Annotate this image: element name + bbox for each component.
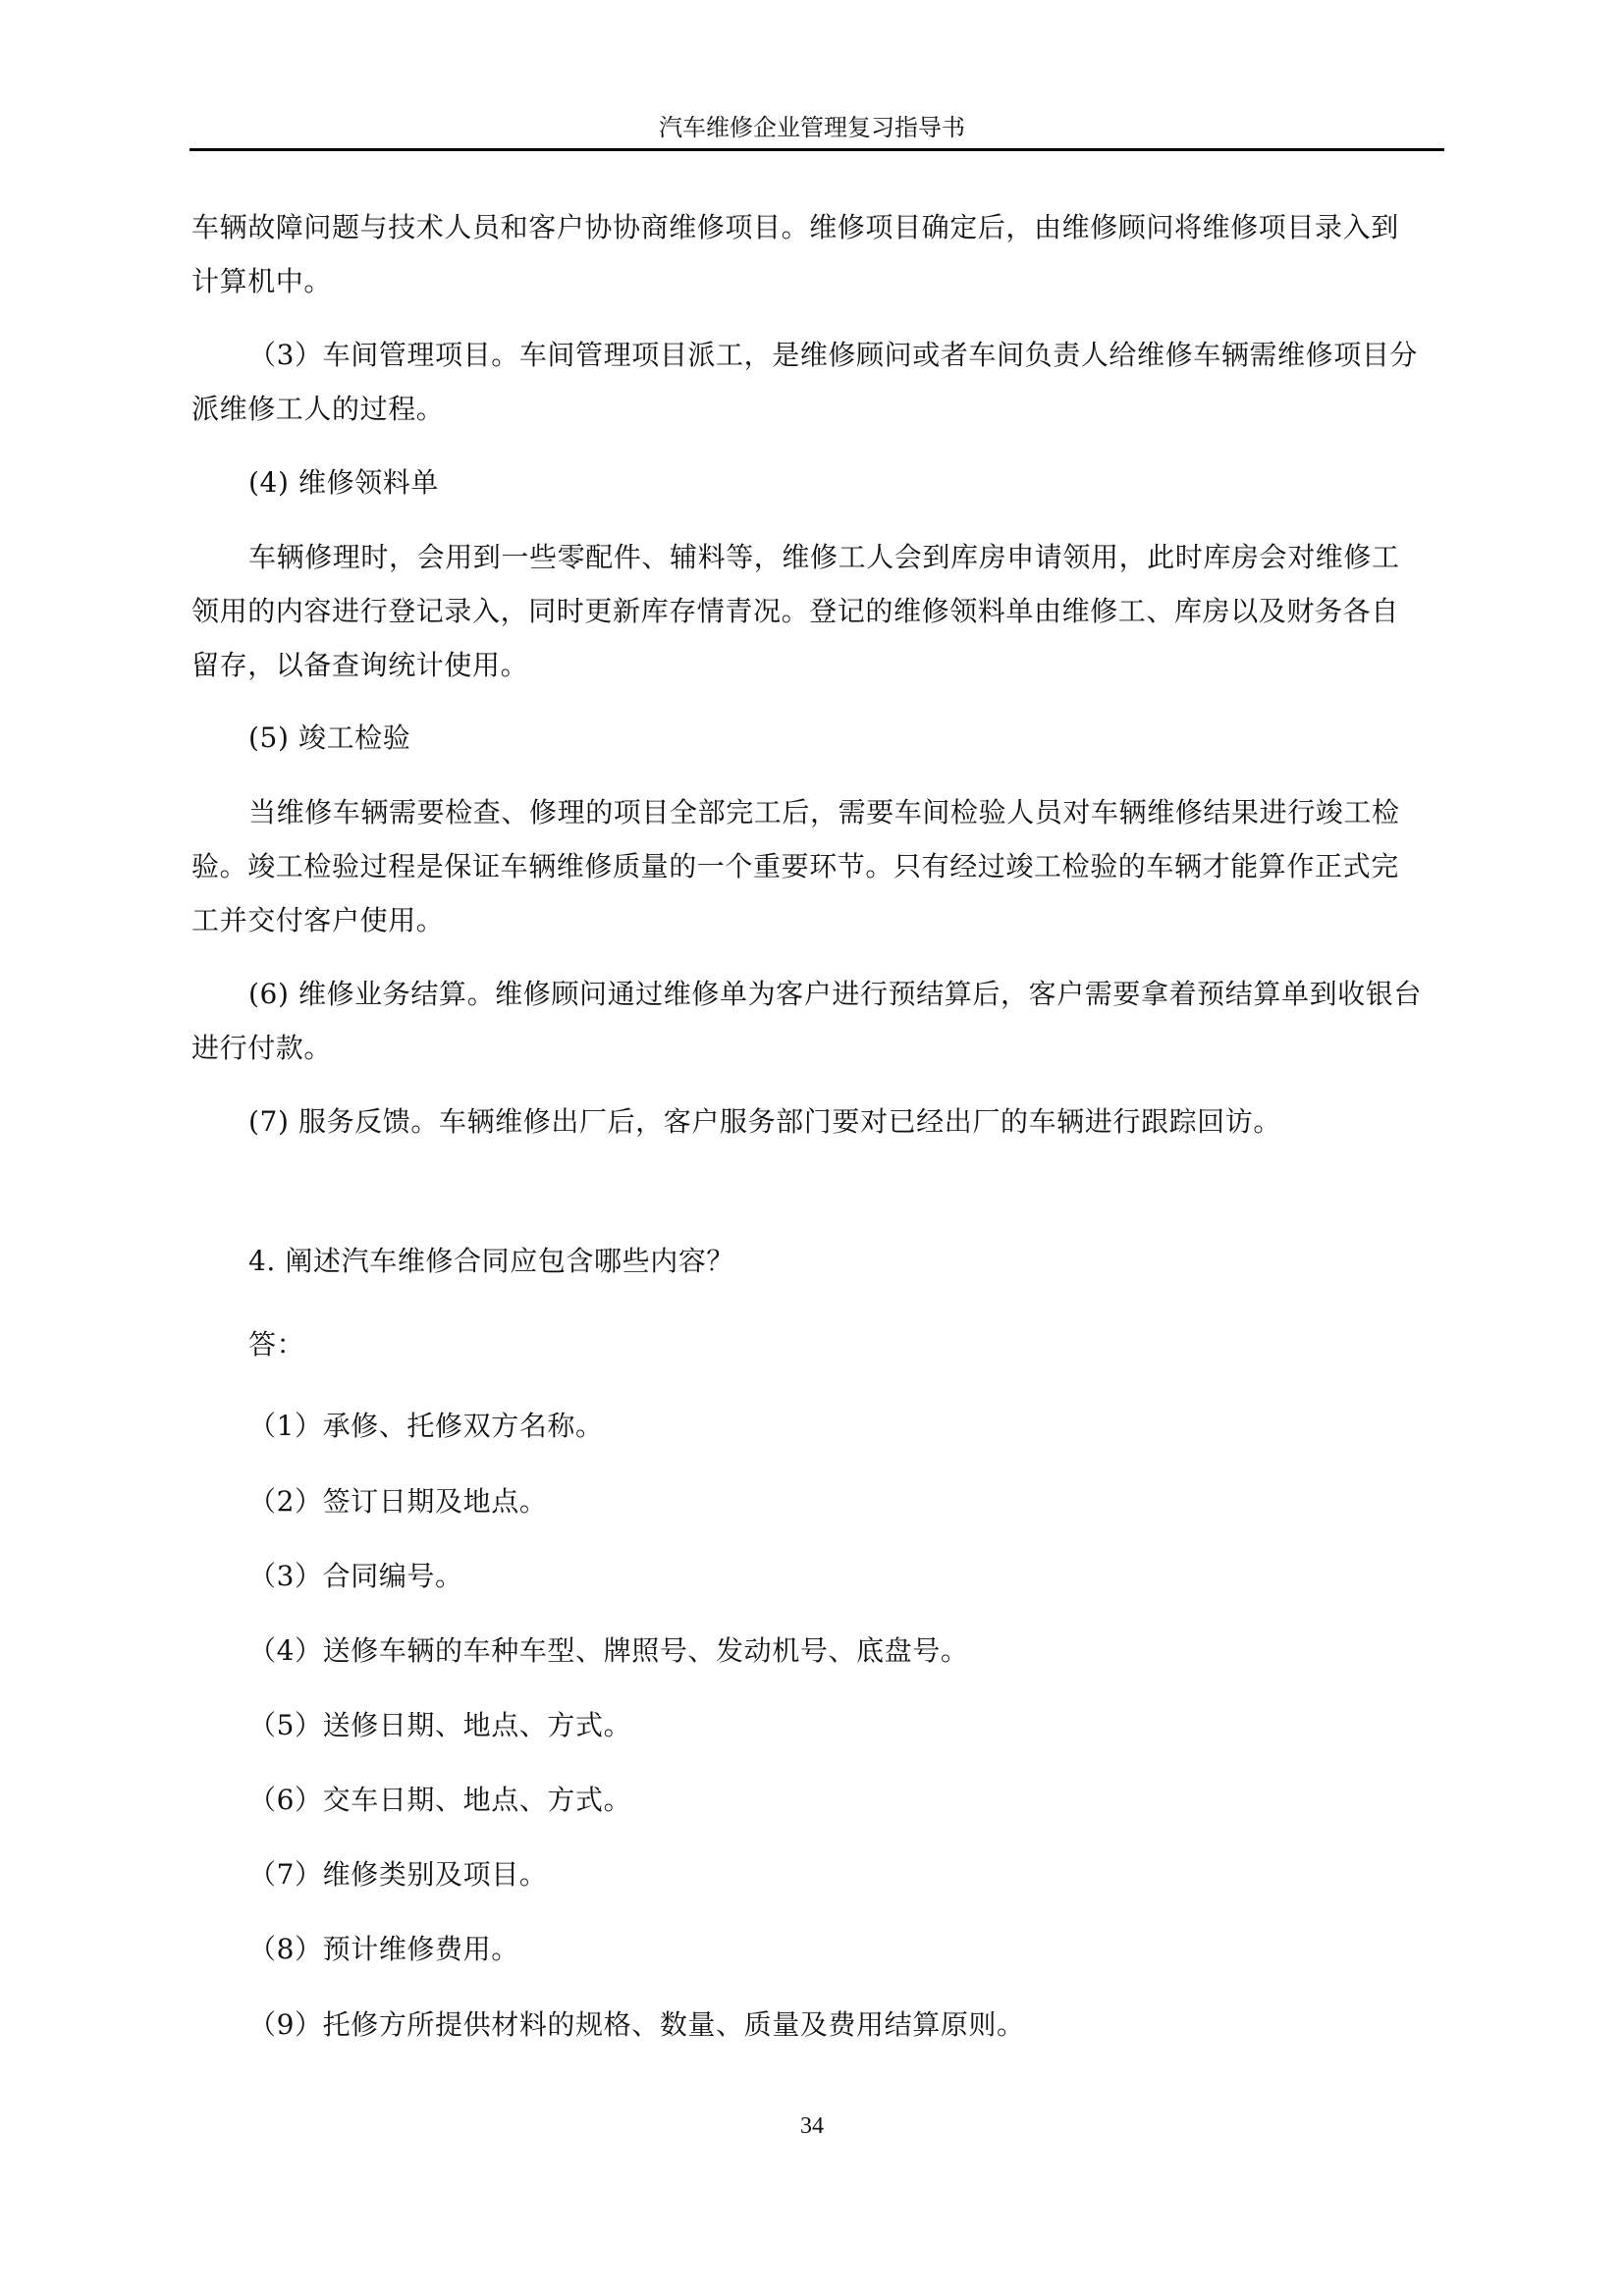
item-4-paragraph-line: 领用的内容进行登记录入，同时更新库存情青况。登记的维修领料单由维修工、库房以及财…	[191, 592, 1440, 631]
answer-item: （7）维修类别及项目。	[248, 1855, 1497, 1895]
item-4-heading: (4) 维修领料单	[248, 463, 1497, 503]
item-3-line: 派维修工人的过程。	[191, 390, 1440, 429]
item-6-line: 进行付款。	[191, 1029, 1440, 1068]
item-7-line: (7) 服务反馈。车辆维修出厂后，客户服务部门要对已经出厂的车辆进行跟踪回访。	[248, 1102, 1497, 1142]
header-title: 汽车维修企业管理复习指导书	[0, 112, 1624, 143]
item-5-paragraph-line: 当维修车辆需要检查、修理的项目全部完工后，需要车间检验人员对车辆维修结果进行竣工…	[248, 793, 1440, 832]
paragraph-line: 车辆故障问题与技术人员和客户协协商维修项目。维修项目确定后，由维修顾问将维修项目…	[191, 208, 1440, 247]
item-5-heading: (5) 竣工检验	[248, 719, 1497, 758]
header-divider	[189, 148, 1444, 151]
answer-item: （4）送修车辆的车种车型、牌照号、发动机号、底盘号。	[248, 1631, 1497, 1671]
answer-item: （6）交车日期、地点、方式。	[248, 1781, 1497, 1820]
answer-item: （9）托修方所提供材料的规格、数量、质量及费用结算原则。	[248, 2005, 1497, 2045]
answer-item: （1）承修、托修双方名称。	[248, 1407, 1497, 1446]
paragraph-line: 计算机中。	[191, 262, 1440, 301]
item-6-line: (6) 维修业务结算。维修顾问通过维修单为客户进行预结算后，客户需要拿着预结算单…	[248, 975, 1497, 1014]
item-4-paragraph-line: 车辆修理时，会用到一些零配件、辅料等，维修工人会到库房申请领用，此时库房会对维修…	[248, 538, 1440, 577]
answer-item: （2）签订日期及地点。	[248, 1482, 1497, 1522]
item-3-line: （3）车间管理项目。车间管理项目派工，是维修顾问或者车间负责人给维修车辆需维修项…	[248, 336, 1440, 375]
answer-label: 答：	[248, 1325, 1497, 1364]
item-5-paragraph-line: 验。竣工检验过程是保证车辆维修质量的一个重要环节。只有经过竣工检验的车辆才能算作…	[191, 847, 1440, 886]
item-5-paragraph-line: 工并交付客户使用。	[191, 901, 1440, 940]
answer-item: （3）合同编号。	[248, 1557, 1497, 1596]
answer-item: （5）送修日期、地点、方式。	[248, 1706, 1497, 1745]
page-number: 34	[0, 2110, 1624, 2142]
item-4-paragraph-line: 留存，以备查询统计使用。	[191, 646, 1440, 685]
question-4: 4. 阐述汽车维修合同应包含哪些内容？	[248, 1242, 1497, 1281]
answer-item: （8）预计维修费用。	[248, 1930, 1497, 1969]
